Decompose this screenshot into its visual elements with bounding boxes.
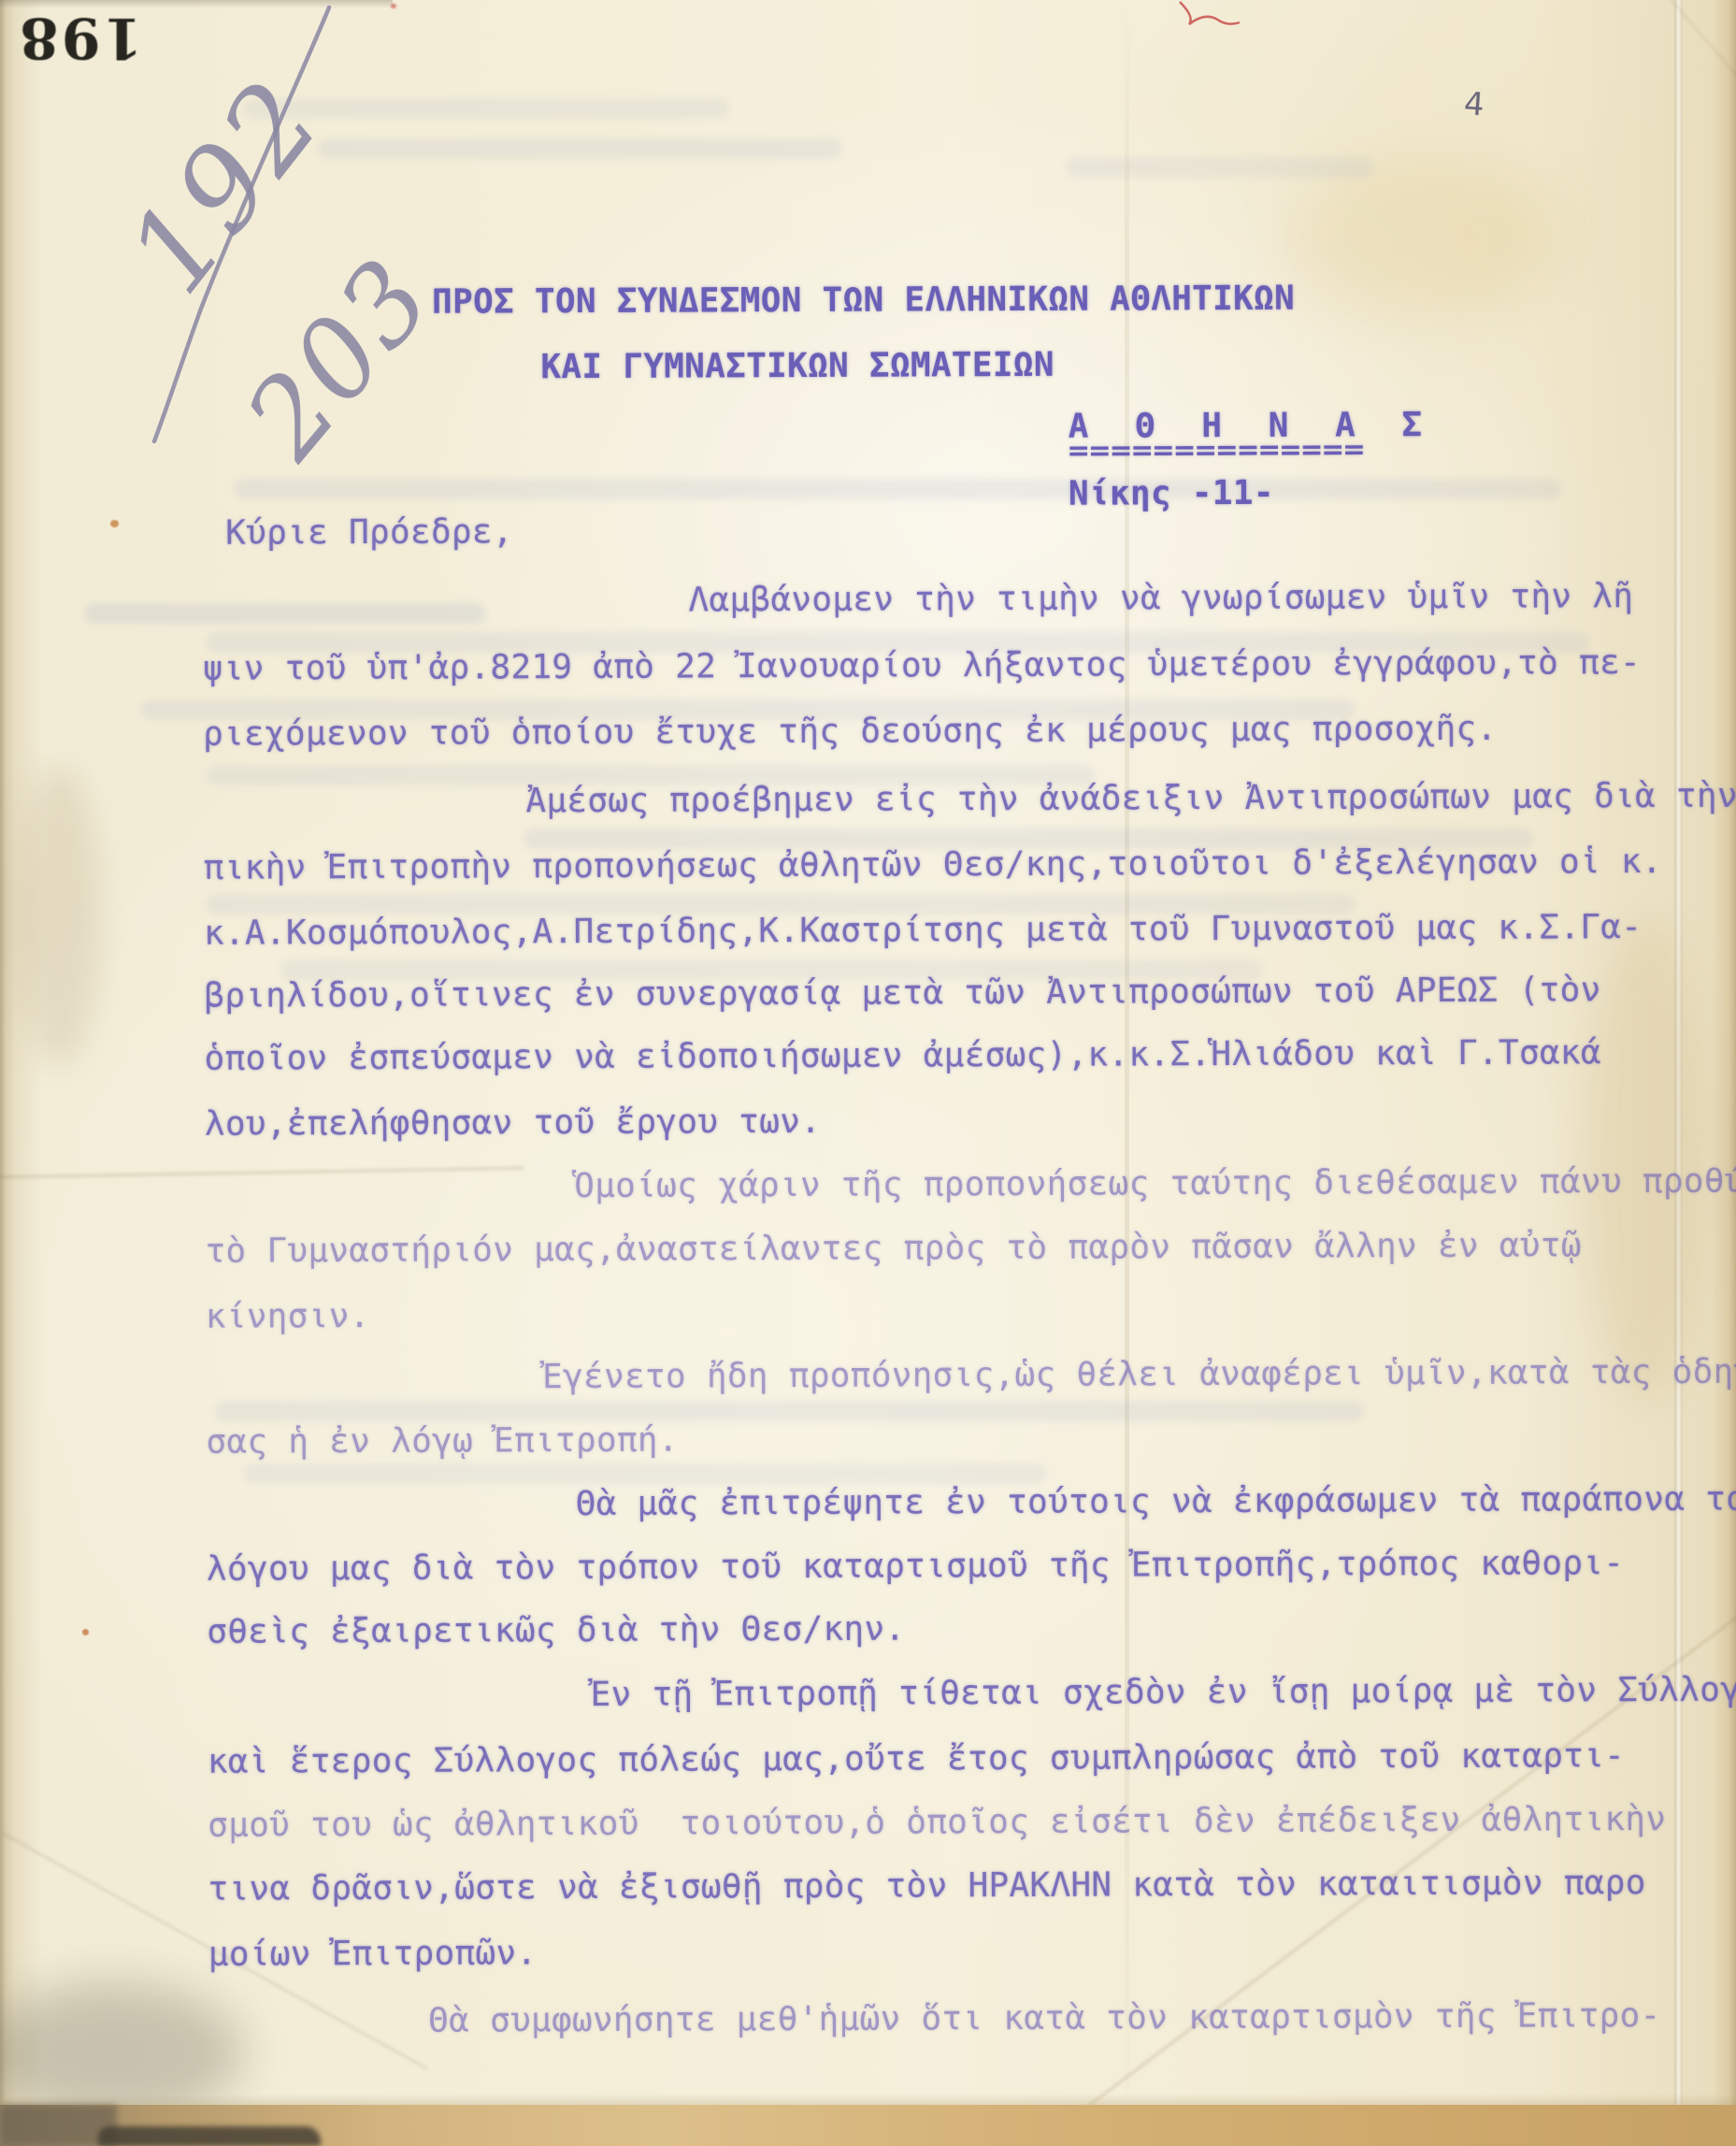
typed-line: κίνησιν.: [206, 1296, 370, 1338]
typed-line: ψιν τοῦ ὑπ'ἀρ.8219 ἀπὸ 22 Ἰανουαρίου λήξ…: [203, 642, 1641, 690]
typed-line: μοίων Ἐπιτροπῶν.: [208, 1933, 538, 1976]
street-address: Νίκης -11-: [1069, 473, 1274, 515]
scan-bottom-blotch: [98, 2126, 321, 2146]
salutation: Κύριε Πρόεδρε,: [225, 511, 513, 554]
typed-line: κ.Α.Κοσμόπουλος,Α.Πετρίδης,Κ.Καστρίτσης …: [204, 907, 1642, 955]
typed-line: Ἐγένετο ἤδη προπόνησις,ὡς θέλει ἀναφέρει…: [542, 1351, 1736, 1398]
recipient-line-2: ΚΑΙ ΓΥΜΝΑΣΤΙΚΩΝ ΣΩΜΑΤΕΙΩΝ: [540, 345, 1055, 388]
typed-line: τὸ Γυμναστήριόν μας,ἀναστείλαντες πρὸς τ…: [205, 1225, 1581, 1272]
city-underline: ==============: [1069, 434, 1366, 468]
typed-letter-content: ΠΡΟΣ ΤΟΝ ΣΥΝΔΕΣΜΟΝ ΤΩΝ ΕΛΛΗΝΙΚΩΝ ΑΘΛΗΤΙΚ…: [0, 0, 1736, 2146]
typed-line: βριηλίδου,οἵτινες ἐν συνεργασίᾳ μετὰ τῶν…: [204, 970, 1600, 1017]
typed-line: Ἐν τῇ Ἐπιτροπῇ τίθεται σχεδὸν ἐν ἴσῃ μοί…: [591, 1669, 1736, 1716]
typed-line: σας ἡ ἐν λόγῳ Ἐπιτροπή.: [206, 1420, 679, 1463]
typed-line: Θὰ μᾶς ἐπιτρέψητε ἐν τούτοις νὰ ἐκφράσωμ…: [576, 1478, 1736, 1525]
typed-line: καὶ ἕτερος Σύλλογος πόλεώς μας,οὔτε ἔτος…: [208, 1736, 1625, 1783]
typed-line: Λαμβάνομεν τὴν τιμὴν νὰ γνωρίσωμεν ὑμῖν …: [688, 576, 1633, 621]
scanned-letter-page: 198 192 203 4 ΠΡΟΣ ΤΟΝ ΣΥΝΔΕΣΜΟΝ ΤΩΝ ΕΛΛ…: [0, 0, 1736, 2146]
recipient-line-1: ΠΡΟΣ ΤΟΝ ΣΥΝΔΕΣΜΟΝ ΤΩΝ ΕΛΛΗΝΙΚΩΝ ΑΘΛΗΤΙΚ…: [432, 279, 1295, 324]
typed-line: σμοῦ του ὡς ἀθλητικοῦ τοιούτου,ὁ ὁποῖος …: [208, 1799, 1666, 1847]
typed-line: σθεὶς ἐξαιρετικῶς διὰ τὴν Θεσ/κην.: [207, 1609, 905, 1653]
typed-line: λόγου μας διὰ τὸν τρόπον τοῦ καταρτισμοῦ…: [207, 1543, 1624, 1591]
typed-line: Ἀμέσως προέβημεν εἰς τὴν ἀνάδειξιν Ἀντιπ…: [525, 775, 1736, 822]
typed-line: Θὰ συμφωνήσητε μεθ'ἡμῶν ὅτι κατὰ τὸν κατ…: [428, 1995, 1661, 2042]
typed-line: Ὁμοίως χάριν τῆς προπονήσεως ταύτης διεθ…: [574, 1160, 1736, 1207]
typed-line: ὁποῖον ἐσπεύσαμεν νὰ εἰδοποιήσωμεν ἀμέσω…: [205, 1032, 1601, 1080]
typed-line: πικὴν Ἐπιτροπὴν προπονήσεως ἀθλητῶν Θεσ/…: [204, 842, 1662, 889]
typed-line: ριεχόμενον τοῦ ὁποίου ἔτυχε τῆς δεούσης …: [203, 709, 1498, 756]
typed-line: τινα δρᾶσιν,ὥστε νὰ ἐξισωθῇ πρὸς τὸν ΗΡΑ…: [208, 1863, 1645, 1910]
typed-line: λου,ἐπελήφθησαν τοῦ ἔργου των.: [205, 1102, 821, 1145]
